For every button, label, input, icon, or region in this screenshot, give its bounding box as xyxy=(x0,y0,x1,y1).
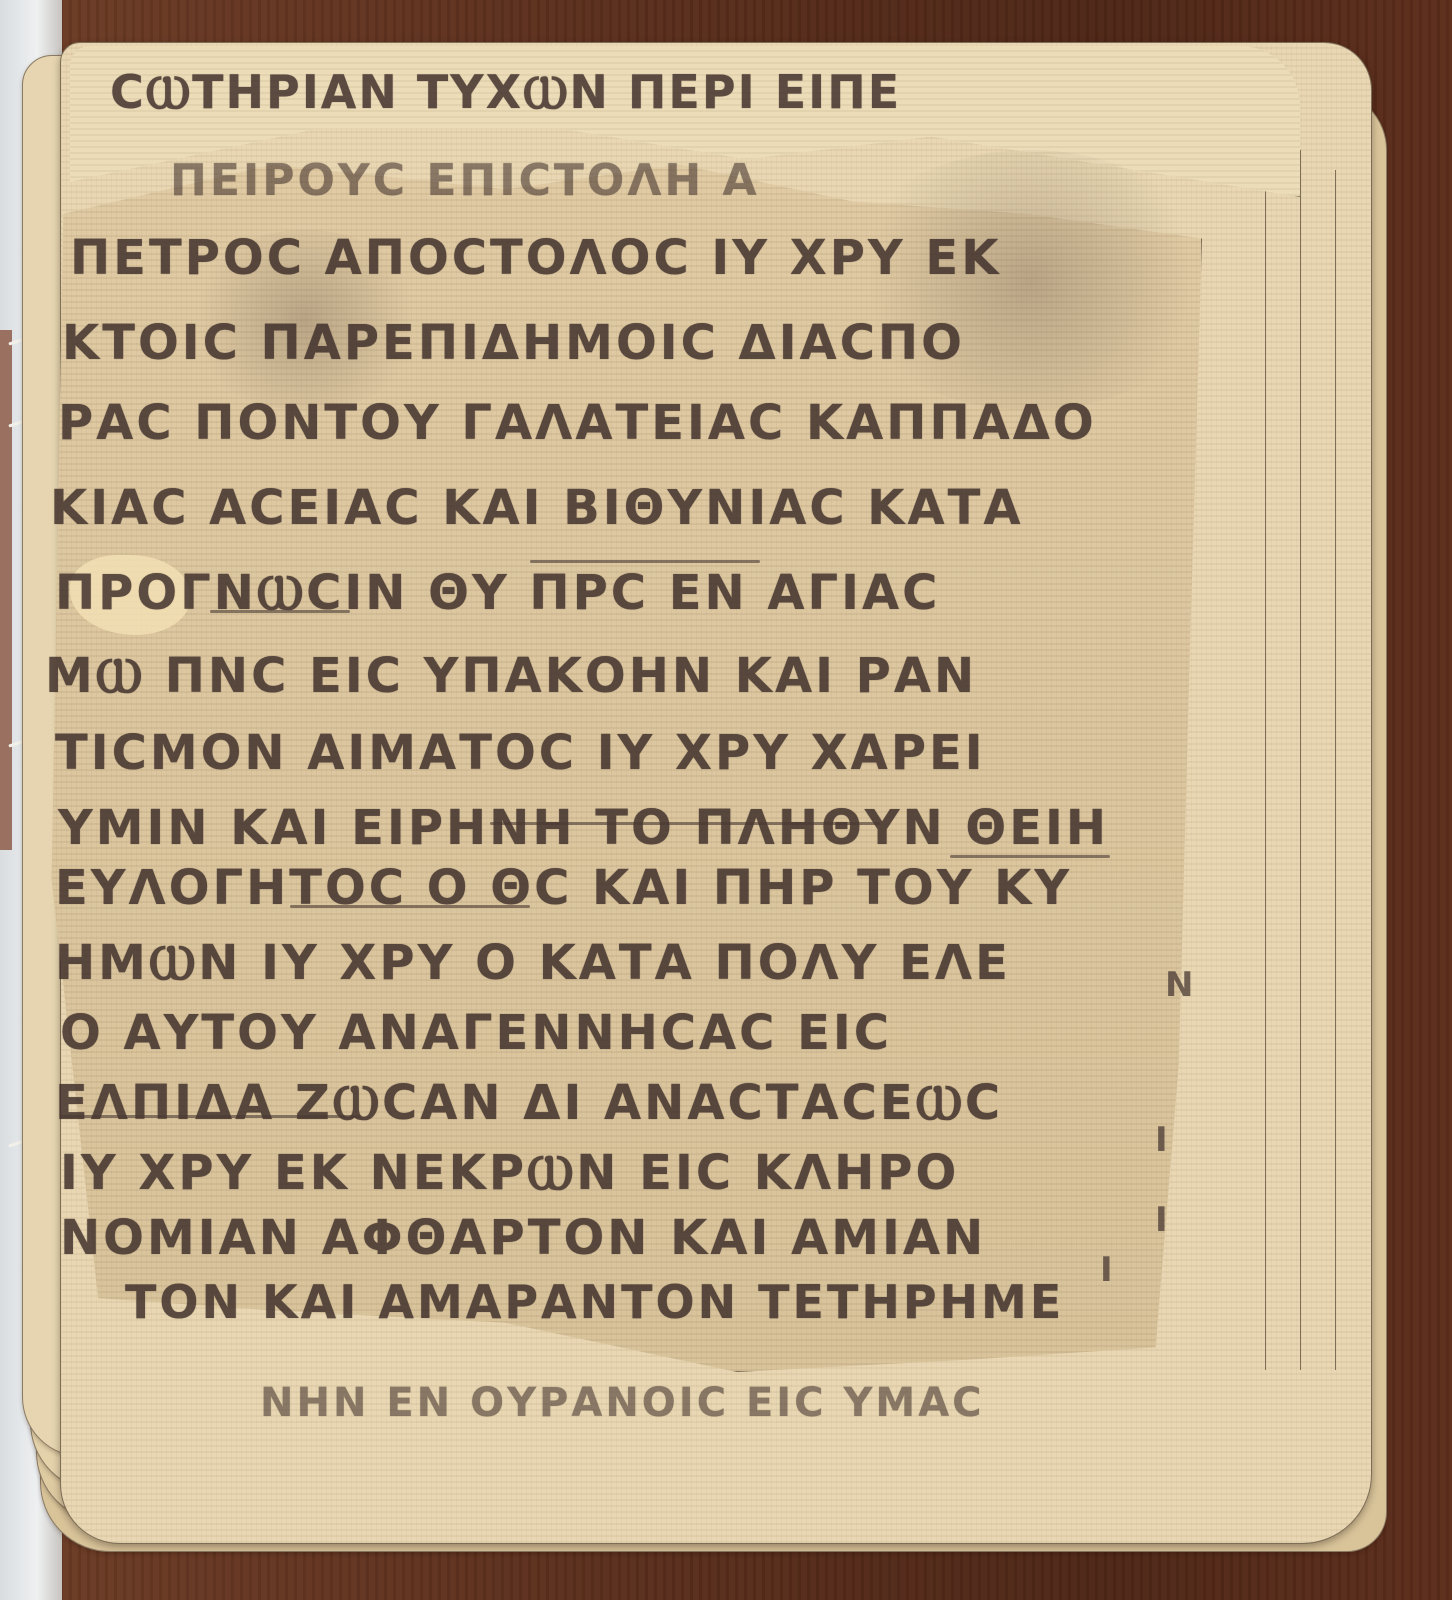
text-line: ΕΛΠΙΔΑ ΖⲰϹΑΝ ΔΙ ΑΝΑϹΤΑϹΕⲰϹ xyxy=(55,1075,1003,1132)
text-line: ΥΜΙΝ ΚΑΙ ΕΙΡΗΝΗ ΤΟ ΠΛΗΘΥΝ ΘΕΙΗ xyxy=(58,800,1109,856)
text-line: ΙΥ ΧΡΥ ΕΚ ΝΕΚΡⲰΝ ΕΙϹ ΚΛΗΡΟ xyxy=(60,1145,959,1202)
text-line: ΜⲰ ΠΝϹ ΕΙϹ ΥΠΑΚΟΗΝ ΚΑΙ ΡΑΝ xyxy=(45,648,977,705)
text-line: ΝΗΝ ΕΝ ΟΥΡΑΝΟΙϹ ΕΙϹ ΥΜΑϹ xyxy=(260,1380,985,1426)
text-line: ΠΕΤΡΟϹ ΑΠΟϹΤΟΛΟϹ ΙΥ ΧΡΥ ΕΚ xyxy=(70,230,1001,286)
nomen-sacrum-overline xyxy=(210,610,350,613)
margin-letter: Ν xyxy=(1165,965,1193,1005)
margin-letter: Ι xyxy=(1155,1200,1168,1240)
text-line: ΕΥΛΟΓΗΤΟϹ Ο ΘϹ ΚΑΙ ΠΗΡ ΤΟΥ ΚΥ xyxy=(55,860,1072,916)
text-line: ΤΙϹΜΟΝ ΑΙΜΑΤΟϹ ΙΥ ΧΡΥ ΧΑΡΕΙ xyxy=(55,725,986,781)
margin-letter: Ι xyxy=(1155,1120,1168,1160)
text-line: ΡΑϹ ΠΟΝΤΟΥ ΓΑΛΑΤΕΙΑϹ ΚΑΠΠΑΔΟ xyxy=(58,395,1097,451)
text-line: ΗΜⲰΝ ΙΥ ΧΡΥ Ο ΚΑΤΑ ΠΟΛΥ ΕΛΕ xyxy=(55,935,1011,992)
nomen-sacrum-overline xyxy=(490,822,880,825)
text-line: ΠΡΟΓΝⲰϹΙΝ ΘΥ ΠΡϹ ΕΝ ΑΓΙΑϹ xyxy=(55,565,940,622)
nomen-sacrum-overline xyxy=(290,905,530,908)
text-line: ΠΕΙΡΟΥϹ ΕΠΙϹΤΟΛΗ Α xyxy=(170,155,760,206)
text-line: ΤΟΝ ΚΑΙ ΑΜΑΡΑΝΤΟΝ ΤΕΤΗΡΗΜΕ xyxy=(125,1275,1064,1329)
text-line: ΝΟΜΙΑΝ ΑΦΘΑΡΤΟΝ ΚΑΙ ΑΜΙΑΝ xyxy=(60,1210,986,1266)
nomen-sacrum-overline xyxy=(950,855,1110,858)
text-line: ΚΤΟΙϹ ΠΑΡΕΠΙΔΗΜΟΙϹ ΔΙΑϹΠΟ xyxy=(62,315,965,371)
text-line: Ο ΑΥΤΟΥ ΑΝΑΓΕΝΝΗϹΑϹ ΕΙϹ xyxy=(60,1005,892,1061)
text-line: ΚΙΑϹ ΑϹΕΙΑϹ ΚΑΙ ΒΙΘΥΝΙΑϹ ΚΑΤΑ xyxy=(50,480,1024,536)
nomen-sacrum-overline xyxy=(530,560,760,563)
manuscript-text: ϹⲰΤΗΡΙΑΝ ΤΥΧⲰΝ ΠΕΡΙ ΕΙΠΕ ΠΕΙΡΟΥϹ ΕΠΙϹΤΟΛ… xyxy=(0,0,1452,1600)
nomen-sacrum-overline xyxy=(60,1115,360,1118)
text-line: ϹⲰΤΗΡΙΑΝ ΤΥΧⲰΝ ΠΕΡΙ ΕΙΠΕ xyxy=(110,65,901,121)
margin-letter: Ι xyxy=(1100,1250,1113,1290)
